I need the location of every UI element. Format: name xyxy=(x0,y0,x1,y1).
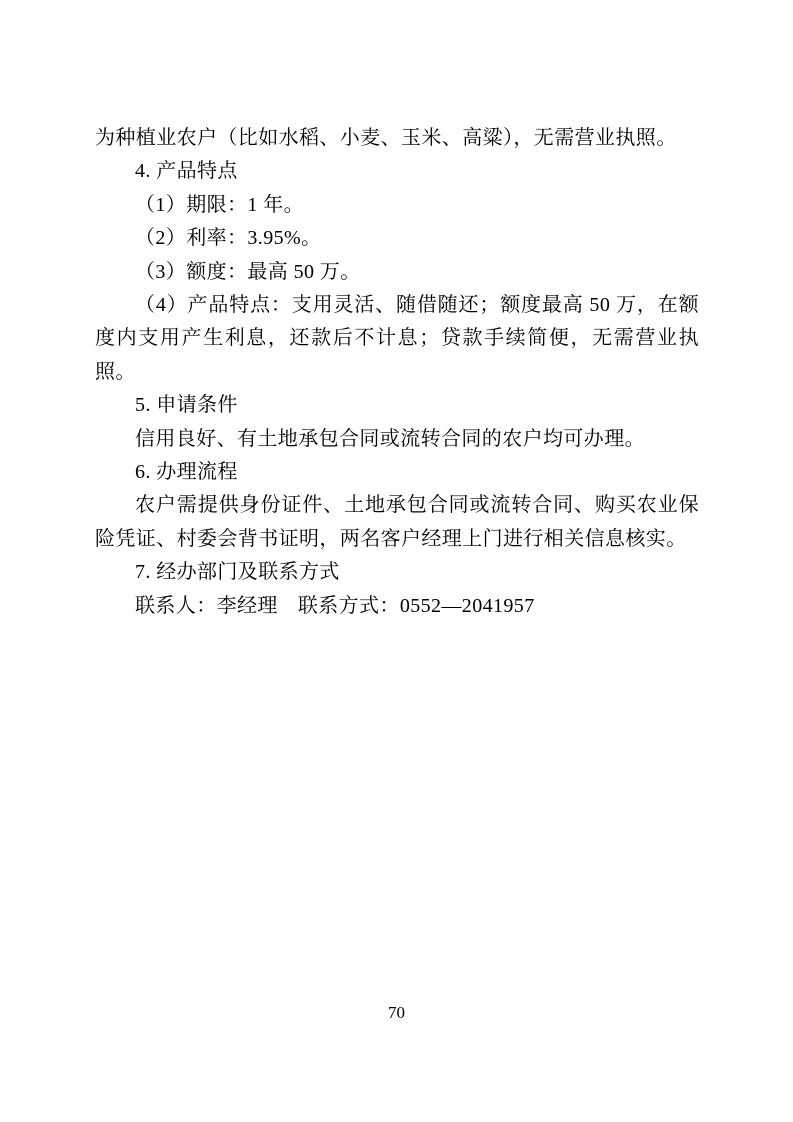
page-number: 70 xyxy=(0,1002,793,1024)
section-7-heading: 7. 经办部门及联系方式 xyxy=(95,556,699,589)
section-6-heading: 6. 办理流程 xyxy=(95,456,699,489)
document-page: 为种植业农户（比如水稻、小麦、玉米、高粱），无需营业执照。 4. 产品特点 （1… xyxy=(0,0,793,1122)
contact-phone-number: 0552—2041957 xyxy=(400,595,535,617)
section-5-heading: 5. 申请条件 xyxy=(95,389,699,422)
contact-method-label: 联系方式： xyxy=(298,595,400,617)
section-4-item-2: （2）利率：3.95%。 xyxy=(95,222,699,255)
section-4-item-3: （3）额度：最高 50 万。 xyxy=(95,256,699,289)
section-6-body: 农户需提供身份证件、土地承包合同或流转合同、购买农业保险凭证、村委会背书证明，两… xyxy=(95,489,699,556)
contact-person-label: 联系人： xyxy=(135,595,217,617)
contact-line: 联系人：李经理联系方式：0552—2041957 xyxy=(95,590,699,623)
section-4-heading: 4. 产品特点 xyxy=(95,155,699,188)
section-4-item-4: （4）产品特点：支用灵活、随借随还；额度最高 50 万，在额度内支用产生利息，还… xyxy=(95,289,699,389)
section-4-item-1: （1）期限：1 年。 xyxy=(95,189,699,222)
document-content: 为种植业农户（比如水稻、小麦、玉米、高粱），无需营业执照。 4. 产品特点 （1… xyxy=(95,122,699,623)
section-5-body: 信用良好、有土地承包合同或流转合同的农户均可办理。 xyxy=(95,423,699,456)
contact-person-name: 李经理 xyxy=(217,595,278,617)
intro-paragraph: 为种植业农户（比如水稻、小麦、玉米、高粱），无需营业执照。 xyxy=(95,122,699,155)
